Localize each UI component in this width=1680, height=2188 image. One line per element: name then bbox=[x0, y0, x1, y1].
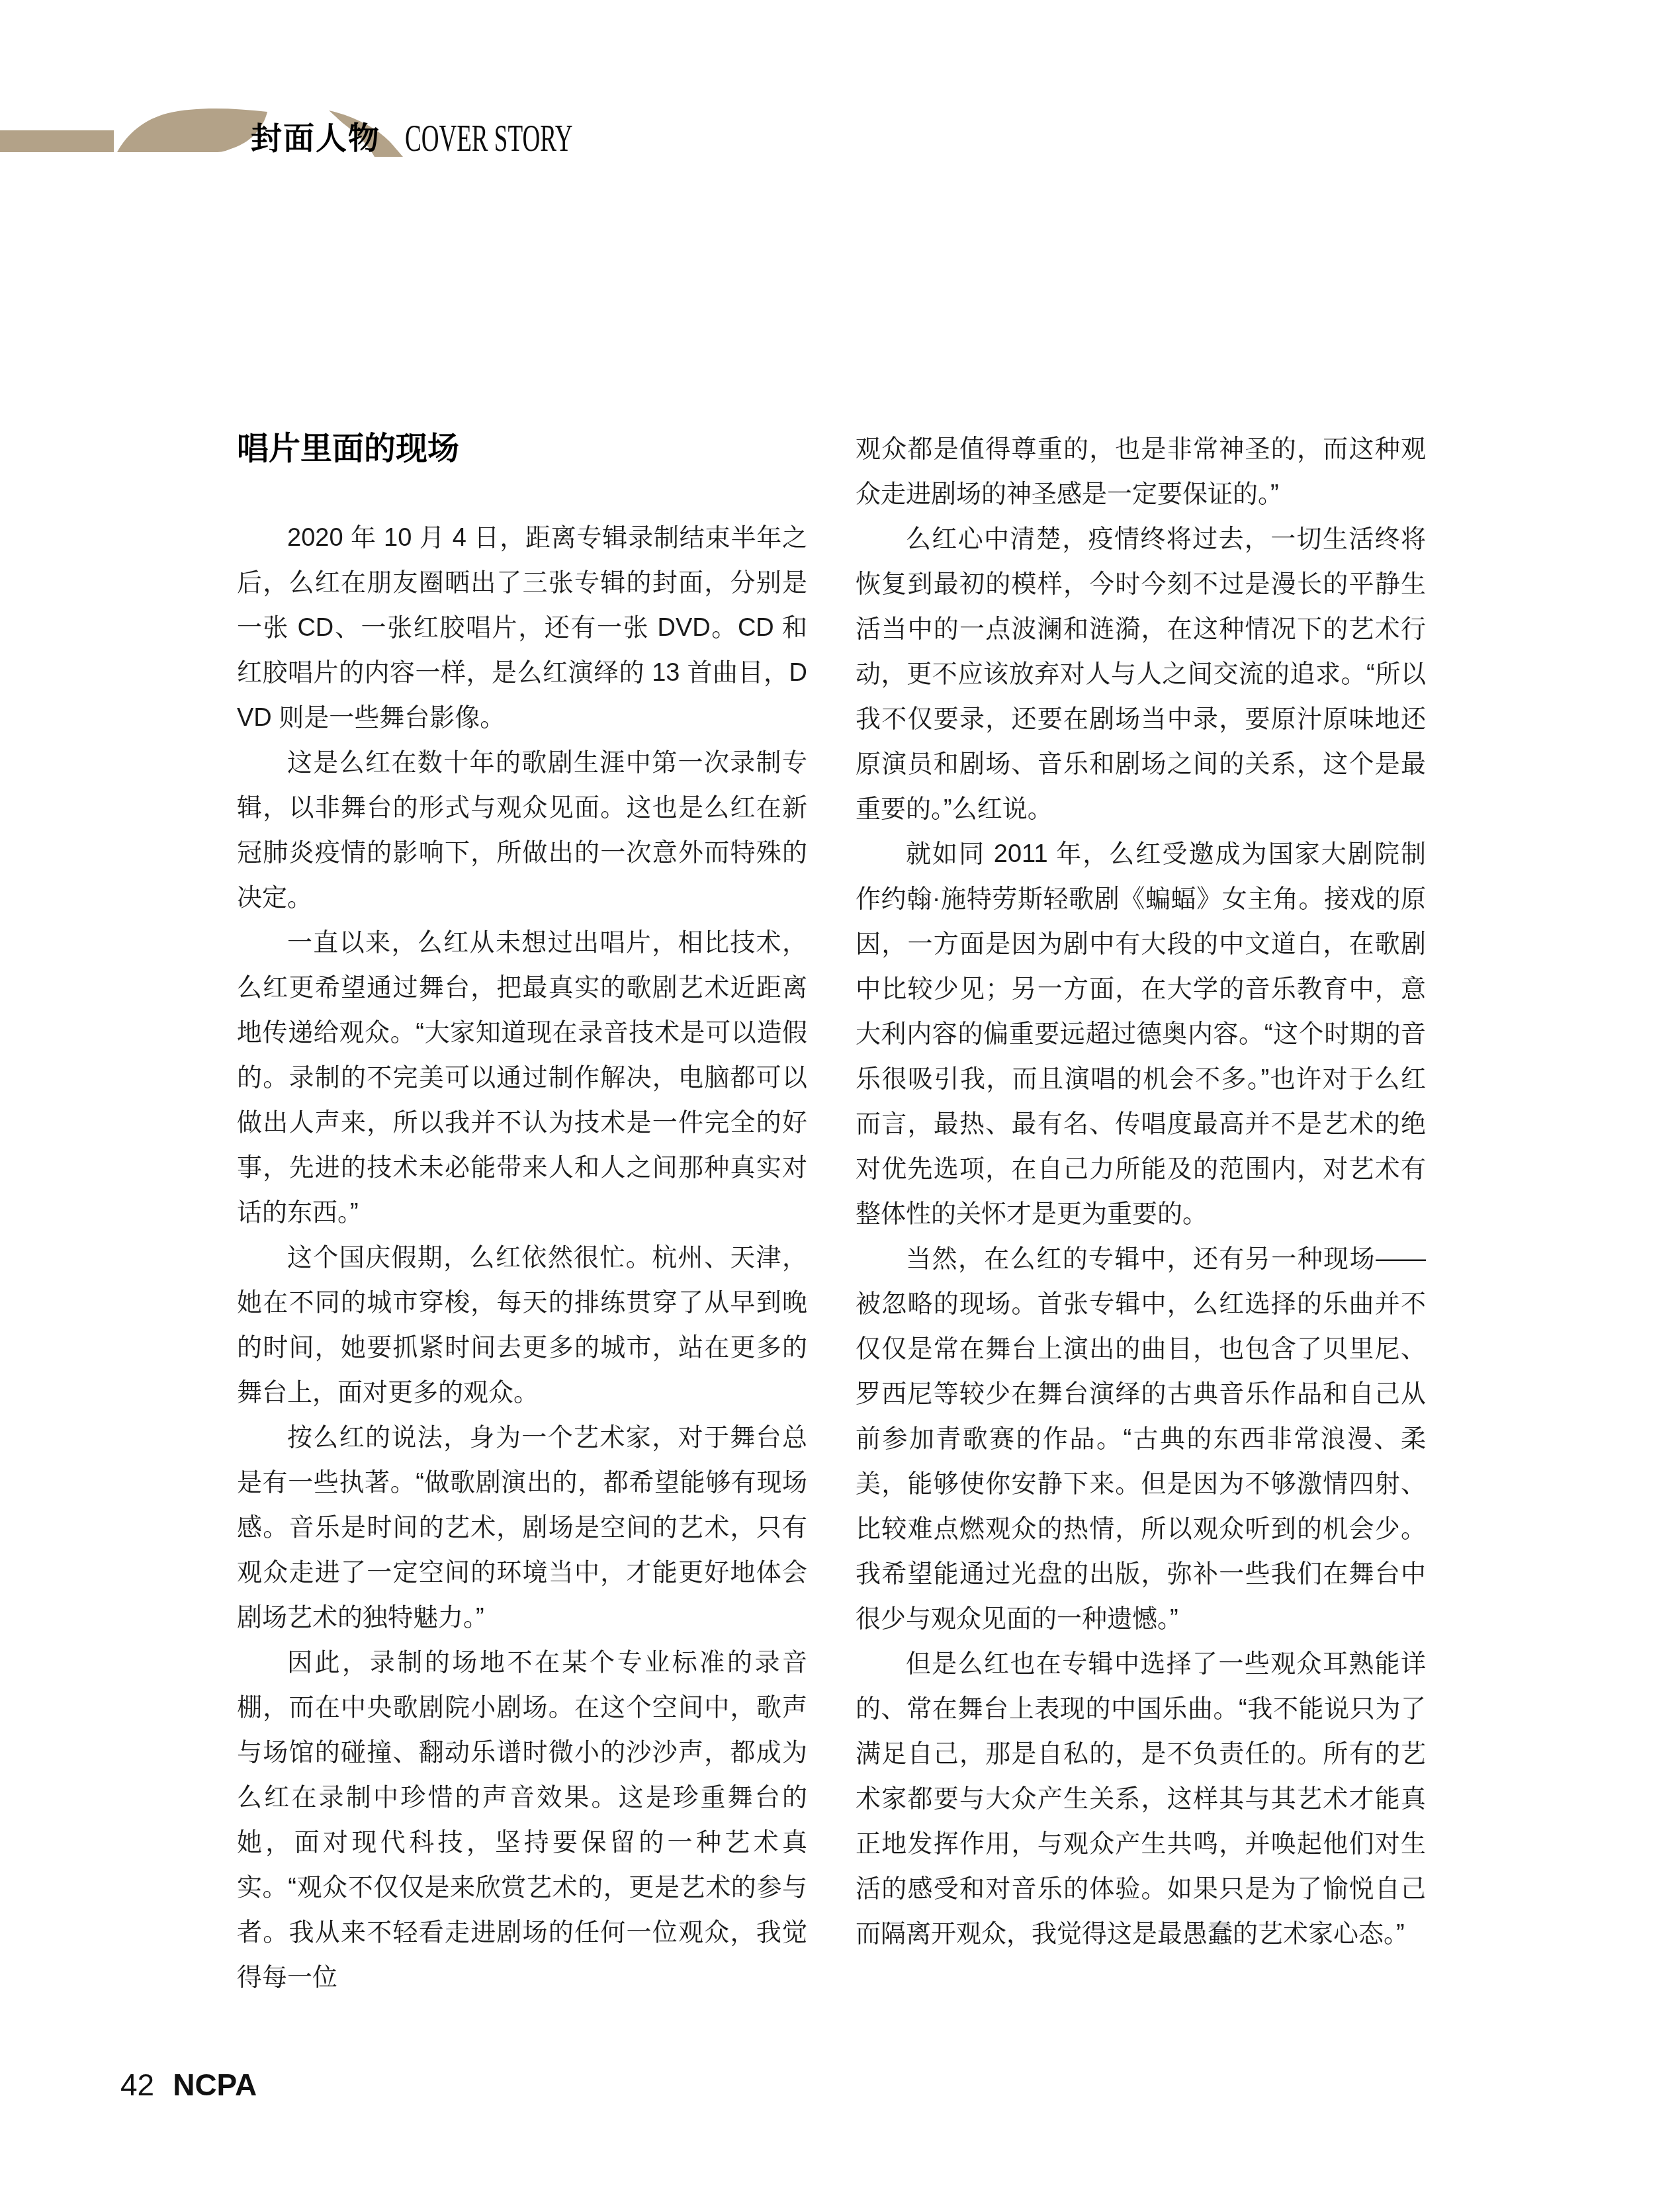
section-title-english: COVER STORY bbox=[405, 119, 573, 159]
paragraph: 当然，在么红的专辑中，还有另一种现场——被忽略的现场。首张专辑中，么红选择的乐曲… bbox=[856, 1237, 1426, 1641]
header-bar bbox=[0, 130, 114, 152]
right-column: 观众都是值得尊重的，也是非常神圣的，而这种观众走进剧场的神圣感是一定要保证的。”… bbox=[856, 427, 1426, 1956]
paragraph: 但是么红也在专辑中选择了一些观众耳熟能详的、常在舞台上表现的中国乐曲。“我不能说… bbox=[856, 1641, 1426, 1956]
paragraph: 就如同 2011 年，么红受邀成为国家大剧院制作约翰·施特劳斯轻歌剧《蝙蝠》女主… bbox=[856, 832, 1426, 1237]
magazine-page: 封面人物 COVER STORY 唱片里面的现场 2020 年 10 月 4 日… bbox=[0, 0, 1680, 2188]
paragraph: 么红心中清楚，疫情终将过去，一切生活终将恢复到最初的模样，今时今刻不过是漫长的平… bbox=[856, 517, 1426, 832]
page-number: 42 bbox=[120, 2068, 154, 2102]
paragraph: 2020 年 10 月 4 日，距离专辑录制结束半年之后，么红在朋友圈晒出了三张… bbox=[237, 515, 807, 740]
paragraph: 因此，录制的场地不在某个专业标准的录音棚，而在中央歌剧院小剧场。在这个空间中，歌… bbox=[237, 1640, 807, 2000]
page-footer: 42NCPA bbox=[120, 2068, 257, 2101]
paragraph: 这个国庆假期，么红依然很忙。杭州、天津，她在不同的城市穿梭，每天的排练贯穿了从早… bbox=[237, 1235, 807, 1415]
article-title: 唱片里面的现场 bbox=[237, 427, 807, 472]
paragraph: 这是么红在数十年的歌剧生涯中第一次录制专辑，以非舞台的形式与观众见面。这也是么红… bbox=[237, 740, 807, 920]
header-sail-shape bbox=[117, 109, 267, 152]
section-title-chinese: 封面人物 bbox=[251, 122, 380, 155]
magazine-name: NCPA bbox=[173, 2068, 257, 2102]
paragraph: 一直以来，么红从未想过出唱片，相比技术，么红更希望通过舞台，把最真实的歌剧艺术近… bbox=[237, 920, 807, 1235]
paragraph-continuation: 观众都是值得尊重的，也是非常神圣的，而这种观众走进剧场的神圣感是一定要保证的。” bbox=[856, 427, 1426, 517]
left-column: 唱片里面的现场 2020 年 10 月 4 日，距离专辑录制结束半年之后，么红在… bbox=[237, 427, 807, 2000]
paragraph: 按么红的说法，身为一个艺术家，对于舞台总是有一些执著。“做歌剧演出的，都希望能够… bbox=[237, 1415, 807, 1640]
